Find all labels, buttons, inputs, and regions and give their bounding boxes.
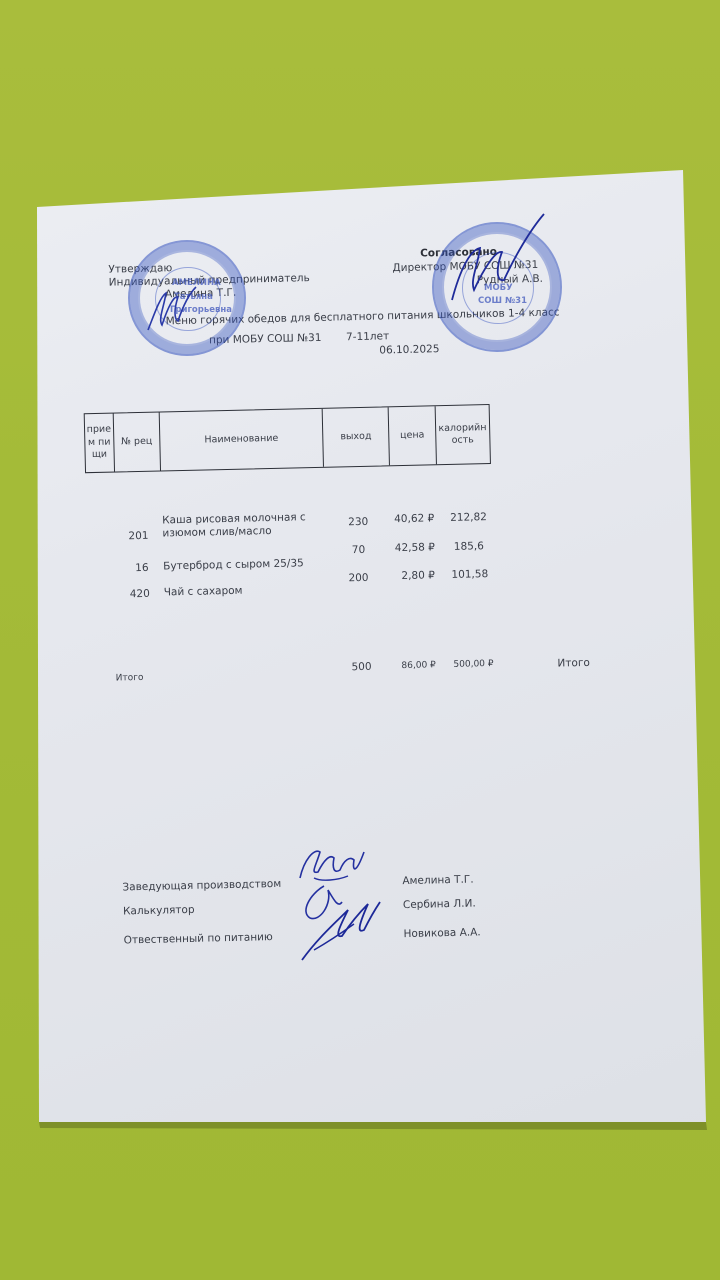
header-meal: прием пищи <box>85 414 115 473</box>
dish-name: Чай с сахаром <box>164 585 243 599</box>
document-photo: Утверждаю Индивидуальный предприниматель… <box>0 0 720 1280</box>
dish-price: 40,62 ₽ <box>394 512 434 525</box>
document-date: 06.10.2025 <box>379 343 439 356</box>
dish-name: Каша рисовая молочная с <box>162 511 306 526</box>
recipe-number: 16 <box>135 562 149 574</box>
age-group: 7-11лет <box>346 330 389 343</box>
totals-row: Итого 500 86,00 ₽ 500,00 ₽ Итого <box>0 0 706 8</box>
signature-agree-icon <box>440 210 550 310</box>
total-output: 500 <box>351 661 371 673</box>
signatory-name: Амелина Т.Г. <box>402 873 473 887</box>
dish-calories: 212,82 <box>450 511 487 524</box>
signature-approve-icon <box>140 285 200 335</box>
recipe-number: 420 <box>130 588 150 600</box>
dish-name-cont: изюмом слив/масло <box>162 525 271 539</box>
signatory-role: Отвественный по питанию <box>124 931 273 946</box>
signature-row: Отвественный по питанию Новикова А.А. <box>0 0 706 8</box>
dish-price: 42,58 ₽ <box>395 541 435 554</box>
total-label-right: Итого <box>557 657 590 670</box>
dish-calories: 101,58 <box>451 568 488 581</box>
header-recipe-no: № рец <box>113 412 161 471</box>
table-row: 16 Бутерброд с сыром 25/35 70 42,58 ₽ 18… <box>0 0 706 8</box>
header-output: выход <box>323 407 390 466</box>
recipe-number: 201 <box>128 530 148 542</box>
header-calories: калорийность <box>435 405 490 464</box>
menu-table-header: прием пищи № рец Наименование выход цена… <box>84 404 491 473</box>
dish-output: 230 <box>348 516 368 528</box>
signatory-name: Сербина Л.И. <box>403 897 476 911</box>
signatory-role: Калькулятор <box>123 904 195 918</box>
total-price: 86,00 ₽ <box>401 660 436 671</box>
header-price: цена <box>389 406 437 465</box>
dish-name: Бутерброд с сыром 25/35 <box>163 557 304 572</box>
table-row: 420 Чай с сахаром 200 2,80 ₽ 101,58 <box>0 0 706 8</box>
dish-output: 70 <box>352 544 366 556</box>
signatory-name: Новикова А.А. <box>403 926 480 940</box>
dish-price: 2,80 ₽ <box>401 569 435 582</box>
total-label: Итого <box>116 673 144 684</box>
signature-row: Заведующая производством Амелина Т.Г. <box>0 0 706 8</box>
table-row: 201 Каша рисовая молочная с изюмом слив/… <box>0 0 706 8</box>
total-calories: 500,00 ₽ <box>453 659 493 670</box>
header-name: Наименование <box>160 409 324 471</box>
signatory-role: Заведующая производством <box>122 878 281 894</box>
signature-row: Калькулятор Сербина Л.И. <box>0 0 706 8</box>
document-content: Утверждаю Индивидуальный предприниматель… <box>0 0 720 1280</box>
signature-manager-icon <box>294 838 384 968</box>
dish-output: 200 <box>348 572 368 584</box>
dish-calories: 185,6 <box>454 540 484 553</box>
